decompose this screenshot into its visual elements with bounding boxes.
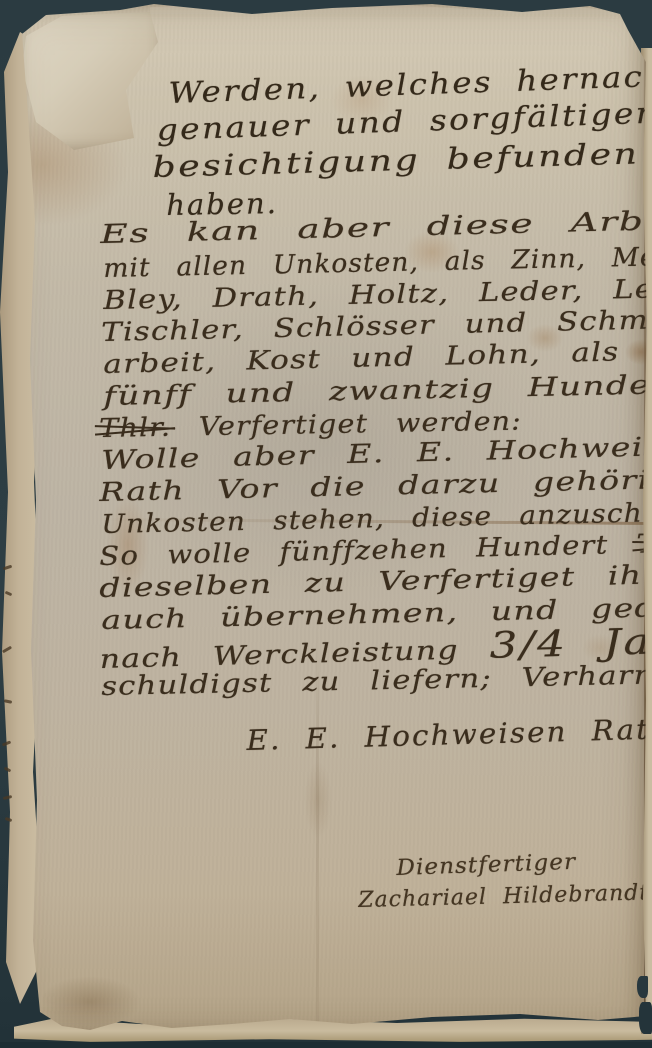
edge-tear-gap [637,976,648,998]
paper-sheet: Werden, welches hernach genauer und sorg… [0,0,652,1048]
edge-tear-gap [639,1002,652,1034]
background-strip-bottom [0,1042,652,1048]
duration-number: 3/4 Jahr [489,620,652,667]
struck-word: Thlr. [99,413,171,444]
manuscript-photo: Werden, welches hernach genauer und sorg… [0,0,652,1048]
